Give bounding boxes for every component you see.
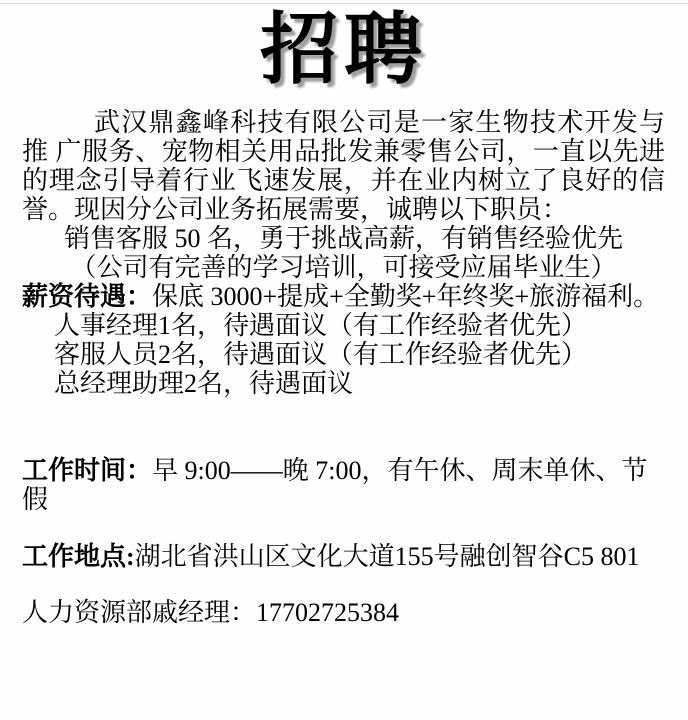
contact-line: 人力资源部戚经理：17702725384 (22, 598, 665, 627)
work-place-line: 工作地点:湖北省洪山区文化大道155号融创智谷C5 801 (22, 542, 665, 571)
training-note-line: （公司有完善的学习培训，可接受应届毕业生） (22, 253, 665, 282)
salary-value: 保底 3000+提成+全勤奖+年终奖+旅游福利。 (152, 282, 659, 311)
role-line-gm-assistant: 总经理助理2名，待遇面议 (22, 369, 665, 398)
flyer-body: 武汉鼎鑫峰科技有限公司是一家生物技术开发与 推 广服务、宠物相关用品批发兼零售公… (0, 96, 688, 627)
recruitment-flyer: 招聘 武汉鼎鑫峰科技有限公司是一家生物技术开发与 推 广服务、宠物相关用品批发兼… (0, 3, 688, 720)
work-time-label: 工作时间： (22, 456, 152, 485)
page-title: 招聘 (0, 4, 688, 96)
contact-label: 人力资源部戚经理： (22, 598, 256, 627)
contact-phone: 17702725384 (256, 598, 399, 627)
intro-line-4: 誉。现因分公司业务拓展需要，诚聘以下职员： (22, 195, 665, 224)
salary-label: 薪资待遇： (22, 282, 152, 311)
intro-line-1: 武汉鼎鑫峰科技有限公司是一家生物技术开发与 (22, 108, 665, 137)
work-place-value: 湖北省洪山区文化大道155号融创智谷C5 801 (135, 542, 640, 571)
intro-line-3: 的理念引导着行业飞速发展，并在业内树立了良好的信 (22, 166, 665, 195)
role-line-hr-manager: 人事经理1名，待遇面议（有工作经验者优先） (22, 311, 665, 340)
work-place-label: 工作地点: (22, 542, 135, 571)
intro-paragraph: 武汉鼎鑫峰科技有限公司是一家生物技术开发与 推 广服务、宠物相关用品批发兼零售公… (22, 108, 665, 224)
role-line-customer-service: 客服人员2名，待遇面议（有工作经验者优先） (22, 340, 665, 369)
sales-position-line: 销售客服 50 名，勇于挑战高薪，有销售经验优先 (22, 224, 665, 253)
salary-line: 薪资待遇：保底 3000+提成+全勤奖+年终奖+旅游福利。 (22, 282, 665, 311)
intro-line-2: 推 广服务、宠物相关用品批发兼零售公司，一直以先进 (22, 137, 665, 166)
work-time-line: 工作时间：早 9:00——晚 7:00，有午休、周末单休、节假 (22, 456, 665, 514)
